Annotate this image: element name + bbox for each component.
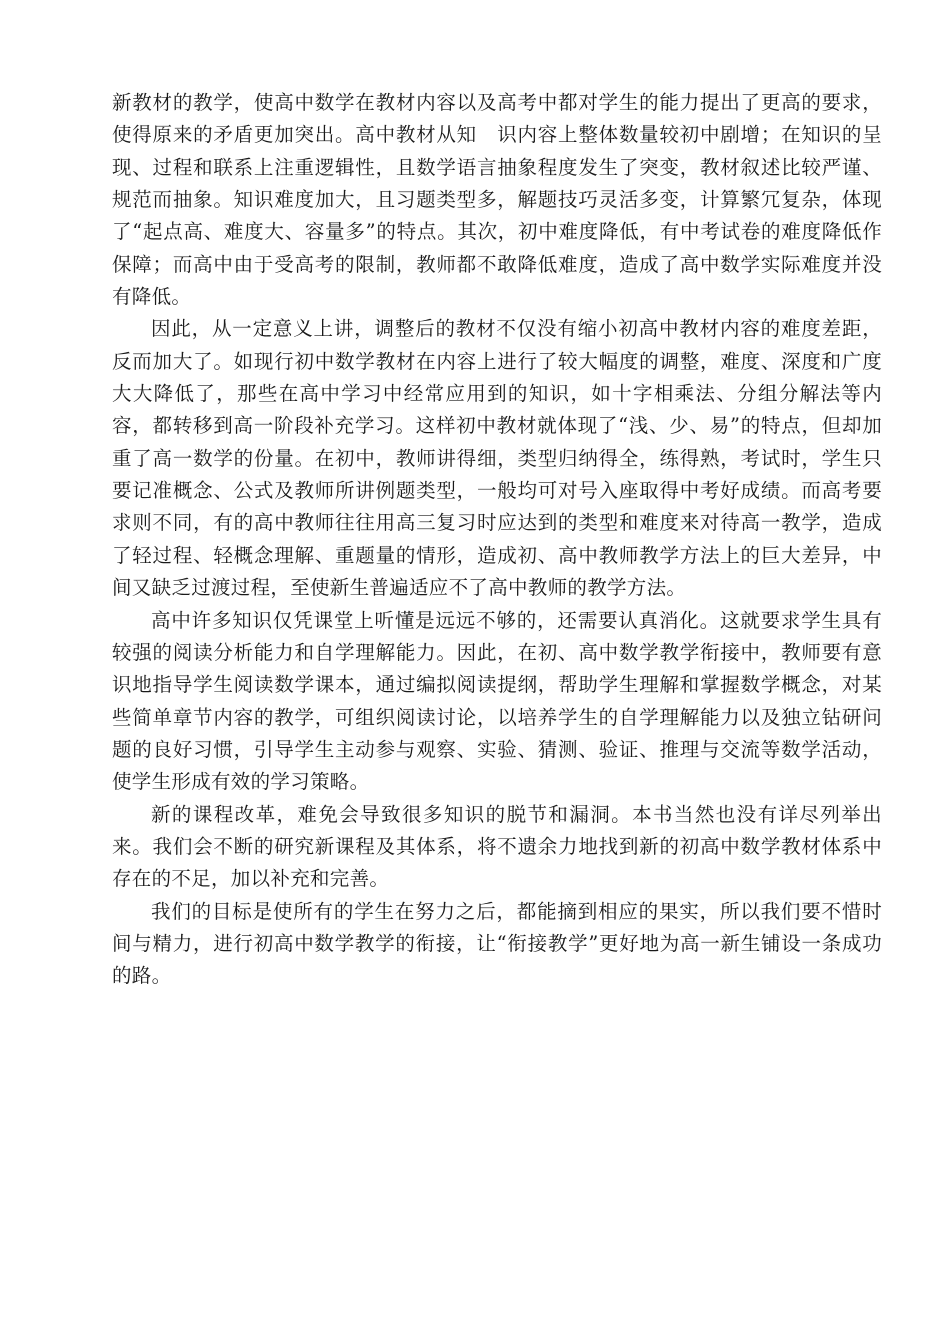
paragraph-gap-widened: 因此，从一定意义上讲，调整后的教材不仅没有缩小初高中教材内容的难度差距，反而加大…	[112, 313, 882, 604]
paragraph-self-study: 高中许多知识仅凭课堂上听懂是远远不够的，还需要认真消化。这就要求学生具有较强的阅…	[112, 605, 882, 799]
document-page: 新教材的教学，使高中数学在教材内容以及高考中都对学生的能力提出了更高的要求，使得…	[0, 0, 950, 1344]
paragraph-textbook-difficulty: 新教材的教学，使高中数学在教材内容以及高考中都对学生的能力提出了更高的要求，使得…	[112, 87, 882, 313]
paragraph-goal: 我们的目标是使所有的学生在努力之后，都能摘到相应的果实，所以我们要不惜时间与精力…	[112, 896, 882, 993]
paragraph-curriculum-reform: 新的课程改革，难免会导致很多知识的脱节和漏洞。本书当然也没有详尽列举出来。我们会…	[112, 799, 882, 896]
document-body: 新教材的教学，使高中数学在教材内容以及高考中都对学生的能力提出了更高的要求，使得…	[112, 87, 882, 993]
